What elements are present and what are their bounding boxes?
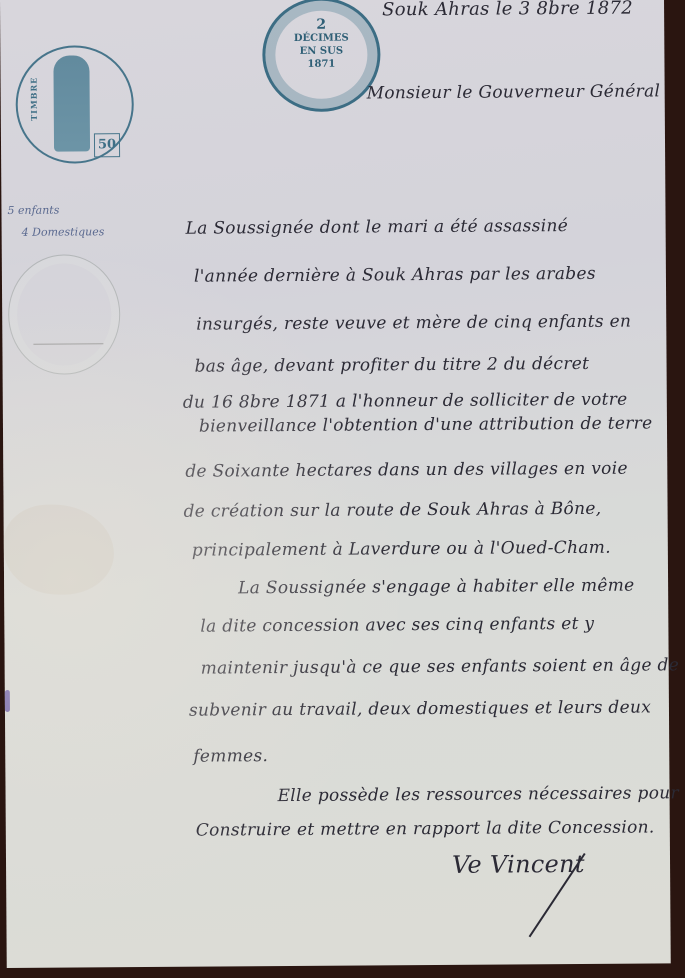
decimes-label: DÉCIMES: [265, 31, 377, 45]
body-line-5: du 16 8bre 1871 a l'honneur de sollicite…: [183, 390, 628, 413]
signature: Ve Vincent: [452, 850, 585, 879]
paper-stain: [4, 504, 115, 595]
body-line-1: La Soussignée dont le mari a été assassi…: [186, 216, 569, 239]
place-date: Souk Ahras le 3 8bre 1872: [382, 0, 633, 20]
body-line-14: femmes.: [193, 746, 268, 767]
body-line-15: Elle possède les ressources nécessaires …: [277, 783, 678, 806]
body-line-10: La Soussignée s'engage à habiter elle mê…: [238, 576, 635, 599]
decimes-number: 2: [265, 18, 377, 32]
decimes-stamp: 2 DÉCIMES EN SUS 1871: [262, 0, 381, 112]
letter-page: TIMBRE 50 2 DÉCIMES EN SUS 1871 5 enfant…: [0, 0, 671, 968]
decimes-en-sus: EN SUS: [265, 44, 377, 58]
justice-figure-icon: [53, 55, 90, 151]
timbre-label: TIMBRE: [29, 77, 39, 121]
body-line-16: Construire et mettre en rapport la dite …: [196, 817, 655, 840]
body-line-9: principalement à Laverdure ou à l'Oued-C…: [192, 538, 611, 561]
decimes-year: 1871: [265, 57, 377, 71]
margin-note-line-1: 5 enfants: [7, 199, 104, 222]
body-line-12: maintenir jusqu'à ce que ses enfants soi…: [201, 655, 679, 678]
salutation: Monsieur le Gouverneur Général: [367, 81, 661, 103]
seal-line: [33, 343, 103, 344]
body-line-8: de création sur la route de Souk Ahras à…: [184, 499, 602, 522]
body-line-3: insurgés, reste veuve et mère de cinq en…: [196, 312, 631, 335]
body-line-13: subvenir au travail, deux domestiques et…: [189, 697, 651, 720]
ink-blot: [5, 690, 10, 712]
body-line-2: l'année dernière à Souk Ahras par les ar…: [194, 264, 596, 287]
body-line-11: la dite concession avec ses cinq enfants…: [200, 614, 594, 637]
margin-note-line-2: 4 Domestiques: [8, 221, 105, 244]
embossed-seal: [8, 254, 121, 375]
timbre-stamp: TIMBRE 50: [15, 45, 134, 164]
body-line-6: bienveillance l'obtention d'une attribut…: [199, 413, 653, 436]
timbre-value: 50: [94, 133, 120, 157]
body-line-4: bas âge, devant profiter du titre 2 du d…: [194, 354, 589, 377]
margin-note: 5 enfants 4 Domestiques: [7, 199, 104, 244]
body-line-7: de Soixante hectares dans un des village…: [185, 459, 628, 482]
